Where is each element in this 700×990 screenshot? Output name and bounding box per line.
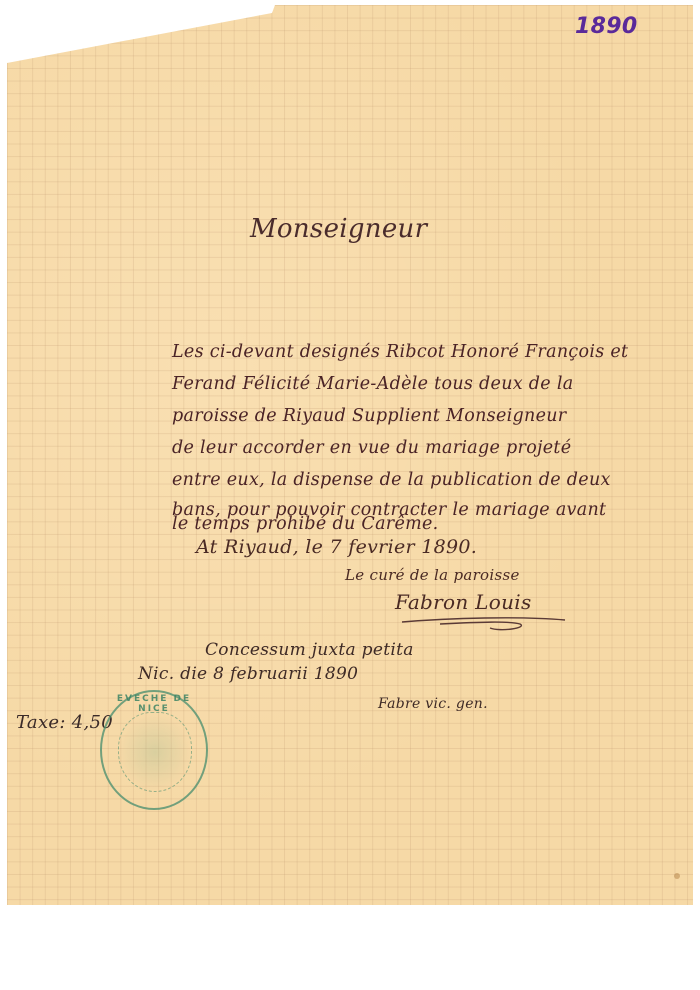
seal-coat-of-arms-icon bbox=[118, 712, 192, 792]
body-line: Les ci-devant designés Ribcot Honoré Fra… bbox=[172, 342, 628, 362]
approval-signature: Fabre vic. gen. bbox=[378, 696, 488, 712]
body-line: paroisse de Riyaud Supplient Monseigneur bbox=[172, 406, 566, 426]
paper-stain bbox=[674, 873, 680, 879]
body-line: entre eux, la dispense de la publication… bbox=[172, 470, 611, 490]
reference-number: 1890 bbox=[575, 14, 637, 39]
body-line: Ferand Félicité Marie-Adèle tous deux de… bbox=[172, 374, 573, 394]
body-line: le temps prohibé du Carême. bbox=[172, 514, 439, 534]
approval-date: Nic. die 8 februarii 1890 bbox=[138, 664, 358, 684]
approval-concessum: Concessum juxta petita bbox=[205, 640, 414, 660]
signature-title: Le curé de la paroisse bbox=[345, 566, 520, 584]
body-line: de leur accorder en vue du mariage proje… bbox=[172, 438, 571, 458]
bishopric-seal-icon: EVECHE DE NICE bbox=[100, 690, 208, 810]
tax-note: Taxe: 4,50 bbox=[16, 712, 113, 733]
signature-flourish-icon bbox=[400, 612, 570, 634]
seal-text: EVECHE DE NICE bbox=[102, 694, 206, 714]
place-date: At Riyaud, le 7 fevrier 1890. bbox=[196, 536, 477, 558]
signature-name: Fabron Louis bbox=[395, 590, 532, 614]
salutation: Monseigneur bbox=[250, 214, 427, 244]
